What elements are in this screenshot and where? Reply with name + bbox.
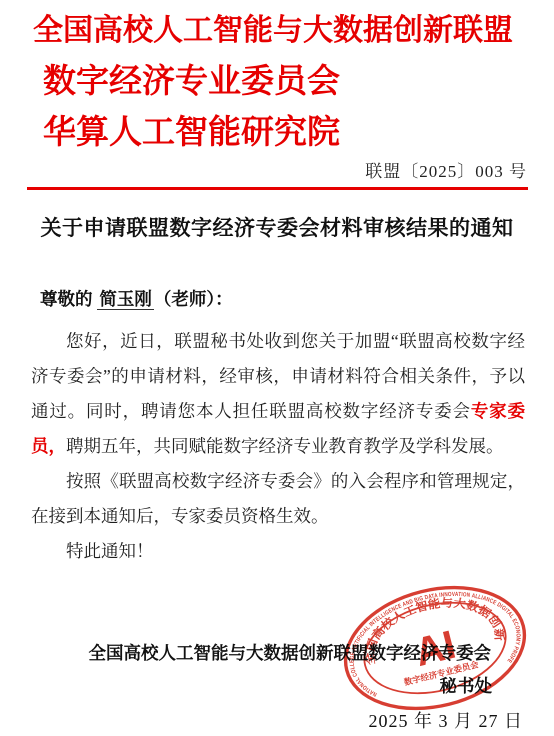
letterhead: 全国高校人工智能与大数据创新联盟 数字经济专业委员会 华算人工智能研究院 bbox=[0, 0, 554, 152]
greeting-line: 尊敬的 简玉刚（老师）： bbox=[31, 287, 525, 311]
paragraph-approval: 您好，近日，联盟秘书处收到您关于加盟“联盟高校数字经济专委会”的申请材料，经审核… bbox=[31, 324, 525, 464]
paragraph-closing: 特此通知！ bbox=[31, 534, 525, 569]
letterhead-line-2: 数字经济专业委员会 bbox=[43, 63, 511, 101]
letterhead-line-3-text: 华算人工智能研究院 bbox=[43, 114, 340, 152]
recipient-name: 简玉刚 bbox=[97, 289, 154, 310]
paragraph-approval-text: 您好，近日，联盟秘书处收到您关于加盟“联盟高校数字经济专委会”的申请材料，经审核… bbox=[31, 331, 525, 421]
notice-document: 全国高校人工智能与大数据创新联盟 数字经济专业委员会 华算人工智能研究院 联盟〔… bbox=[0, 0, 554, 736]
greeting-suffix: （老师）： bbox=[154, 289, 233, 309]
notice-body: 尊敬的 简玉刚（老师）： 您好，近日，联盟秘书处收到您关于加盟“联盟高校数字经济… bbox=[0, 287, 554, 569]
signature-department: 秘书处 bbox=[0, 673, 492, 698]
letterhead-line-2-text: 数字经济专业委员会 bbox=[43, 63, 340, 101]
seal-arc-text-cn: 全国高校人工智能与大数据创新联盟 bbox=[337, 581, 509, 683]
letterhead-line-3: 华算人工智能研究院 bbox=[43, 114, 511, 152]
notice-title: 关于申请联盟数字经济专委会材料审核结果的通知 bbox=[0, 215, 554, 243]
signature-date: 2025 年 3 月 27 日 bbox=[0, 707, 523, 733]
letterhead-line-1-text: 全国高校人工智能与大数据创新联盟 bbox=[33, 12, 513, 50]
document-number: 联盟〔2025〕003 号 bbox=[0, 161, 554, 182]
paragraph-rules: 按照《联盟高校数字经济专委会》的入会程序和管理规定，在接到本通知后，专家委员资格… bbox=[31, 464, 525, 534]
signature-organization: 全国高校人工智能与大数据创新联盟数字经济专委会 bbox=[0, 640, 491, 665]
greeting-prefix: 尊敬的 bbox=[40, 289, 97, 309]
letterhead-divider bbox=[27, 187, 528, 190]
letterhead-line-1: 全国高校人工智能与大数据创新联盟 bbox=[33, 12, 521, 50]
paragraph-approval-tail: 聘期五年，共同赋能数字经济专业教育教学及学科发展。 bbox=[66, 436, 504, 456]
